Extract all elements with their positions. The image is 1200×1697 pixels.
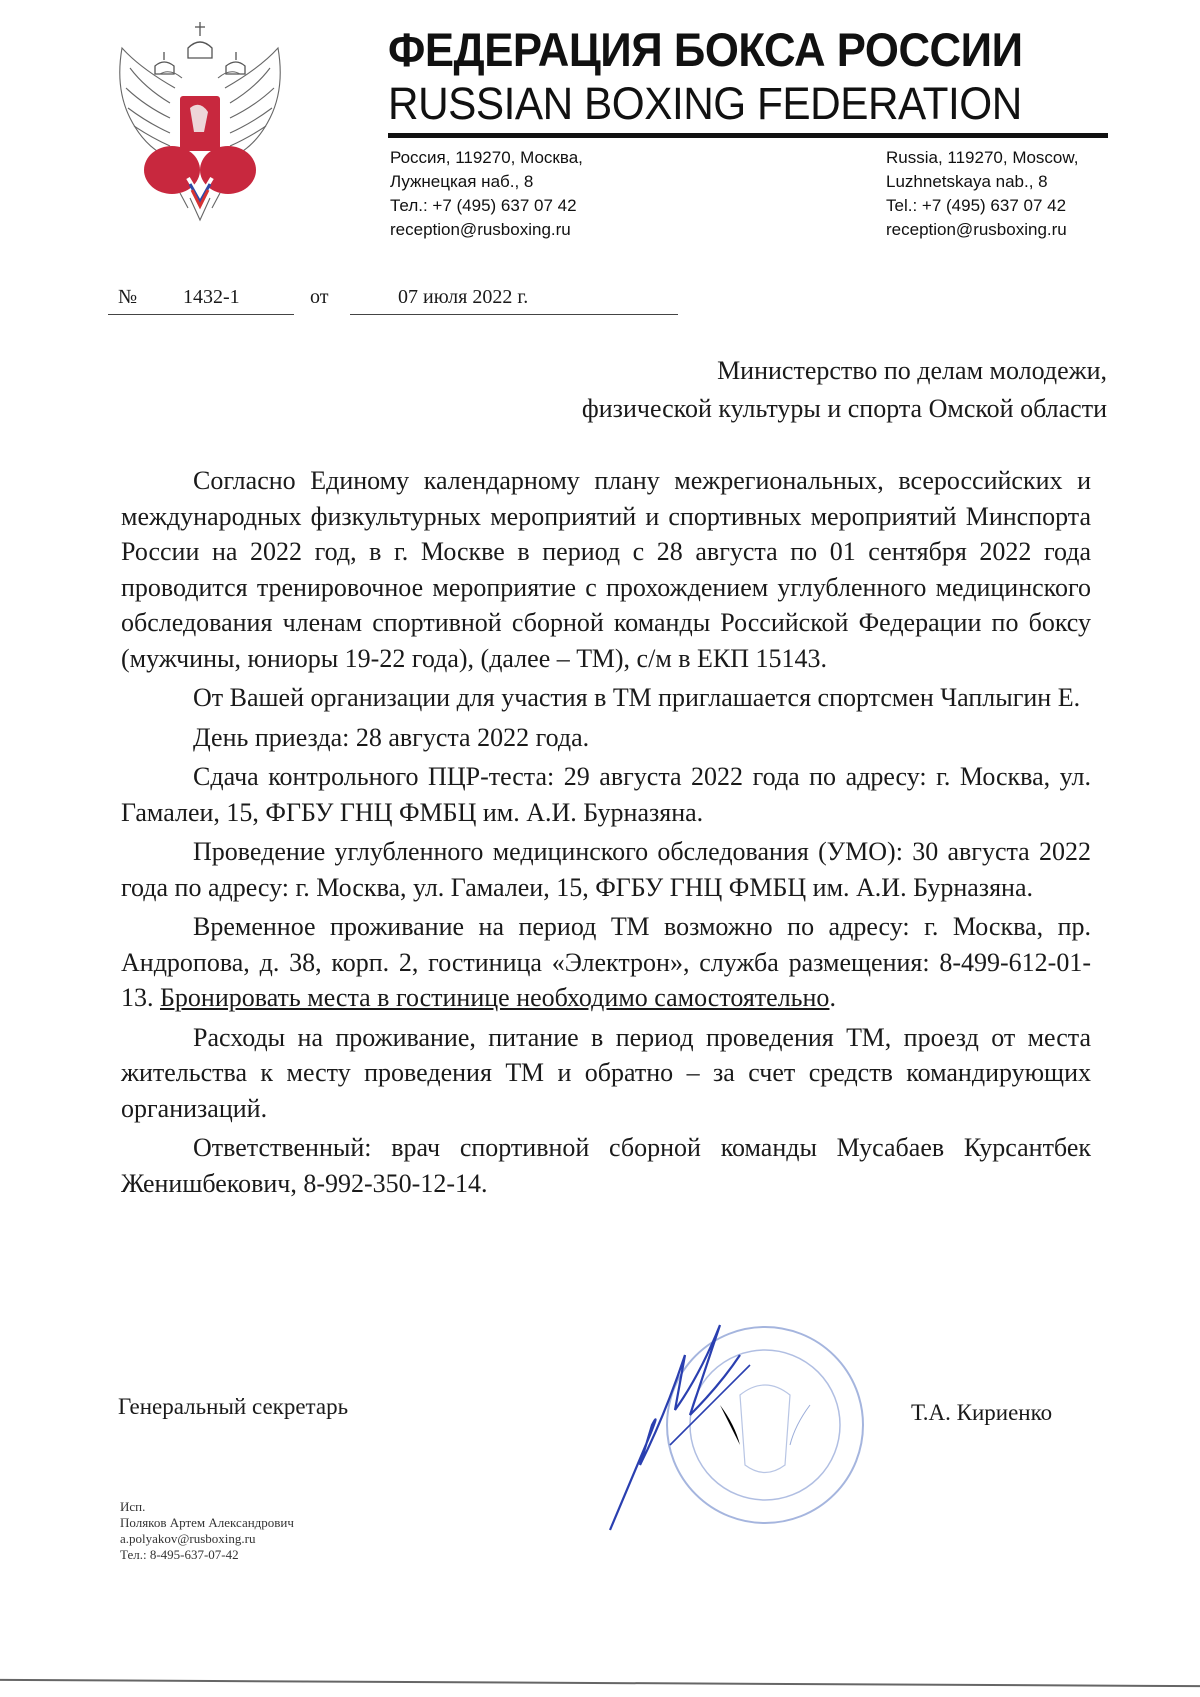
paragraph-expenses: Расходы на проживание, питание в период … bbox=[121, 1020, 1091, 1127]
paragraph-invitation: От Вашей организации для участия в ТМ пр… bbox=[121, 680, 1091, 716]
paragraph-accommodation: Временное проживание на период ТМ возмож… bbox=[121, 909, 1091, 1016]
paragraph-arrival: День приезда: 28 августа 2022 года. bbox=[121, 720, 1091, 756]
paragraph-medical-exam: Проведение углубленного медицинского обс… bbox=[121, 834, 1091, 905]
page-edge-shadow bbox=[0, 1679, 1200, 1687]
letter-body: Согласно Единому календарному плану межр… bbox=[121, 463, 1091, 1205]
address-ru: Россия, 119270, Москва, Лужнецкая наб., … bbox=[390, 146, 583, 242]
address-en-line: Luzhnetskaya nab., 8 bbox=[886, 170, 1078, 194]
recipient-block: Министерство по делам молодежи, физическ… bbox=[582, 352, 1107, 428]
address-ru-line: Россия, 119270, Москва, bbox=[390, 146, 583, 170]
address-ru-email: reception@rusboxing.ru bbox=[390, 218, 583, 242]
executor-email: a.polyakov@rusboxing.ru bbox=[120, 1531, 294, 1547]
from-label: от bbox=[310, 286, 328, 309]
address-en-line: Russia, 119270, Moscow, bbox=[886, 146, 1078, 170]
official-stamp-icon bbox=[590, 1315, 890, 1545]
address-en: Russia, 119270, Moscow, Luzhnetskaya nab… bbox=[886, 146, 1078, 242]
stamp-and-signature bbox=[590, 1315, 890, 1545]
address-ru-phone: Тел.: +7 (495) 637 07 42 bbox=[390, 194, 583, 218]
recipient-line: Министерство по делам молодежи, bbox=[582, 352, 1107, 390]
number-label: № bbox=[118, 286, 137, 309]
booking-note: Бронировать места в гостинице необходимо… bbox=[160, 983, 829, 1012]
reference-line: № 1432-1 от 07 июля 2022 г. bbox=[108, 286, 708, 318]
org-name-en: RUSSIAN BOXING FEDERATION bbox=[388, 78, 1022, 130]
signatory-name: Т.А. Кириенко bbox=[911, 1400, 1052, 1426]
address-en-email: reception@rusboxing.ru bbox=[886, 218, 1078, 242]
executor-label: Исп. bbox=[120, 1499, 294, 1515]
federation-logo bbox=[100, 8, 300, 223]
org-name-ru: ФЕДЕРАЦИЯ БОКСА РОССИИ bbox=[388, 22, 1023, 77]
number-underline bbox=[108, 314, 294, 315]
executor-phone: Тел.: 8-495-637-07-42 bbox=[120, 1547, 294, 1563]
eagle-emblem-icon bbox=[100, 8, 300, 223]
recipient-line: физической культуры и спорта Омской обла… bbox=[582, 390, 1107, 428]
document-date: 07 июля 2022 г. bbox=[398, 286, 528, 309]
document-number: 1432-1 bbox=[183, 286, 240, 309]
accommodation-end: . bbox=[829, 983, 836, 1012]
address-ru-line: Лужнецкая наб., 8 bbox=[390, 170, 583, 194]
signatory-title: Генеральный секретарь bbox=[118, 1394, 348, 1420]
paragraph-event: Согласно Единому календарному плану межр… bbox=[121, 463, 1091, 676]
date-underline bbox=[350, 314, 678, 315]
executor-block: Исп. Поляков Артем Александрович a.polya… bbox=[120, 1499, 294, 1563]
paragraph-responsible: Ответственный: врач спортивной сборной к… bbox=[121, 1130, 1091, 1201]
header-divider bbox=[388, 133, 1108, 138]
paragraph-pcr-test: Сдача контрольного ПЦР-теста: 29 августа… bbox=[121, 759, 1091, 830]
address-en-phone: Tel.: +7 (495) 637 07 42 bbox=[886, 194, 1078, 218]
executor-name: Поляков Артем Александрович bbox=[120, 1515, 294, 1531]
